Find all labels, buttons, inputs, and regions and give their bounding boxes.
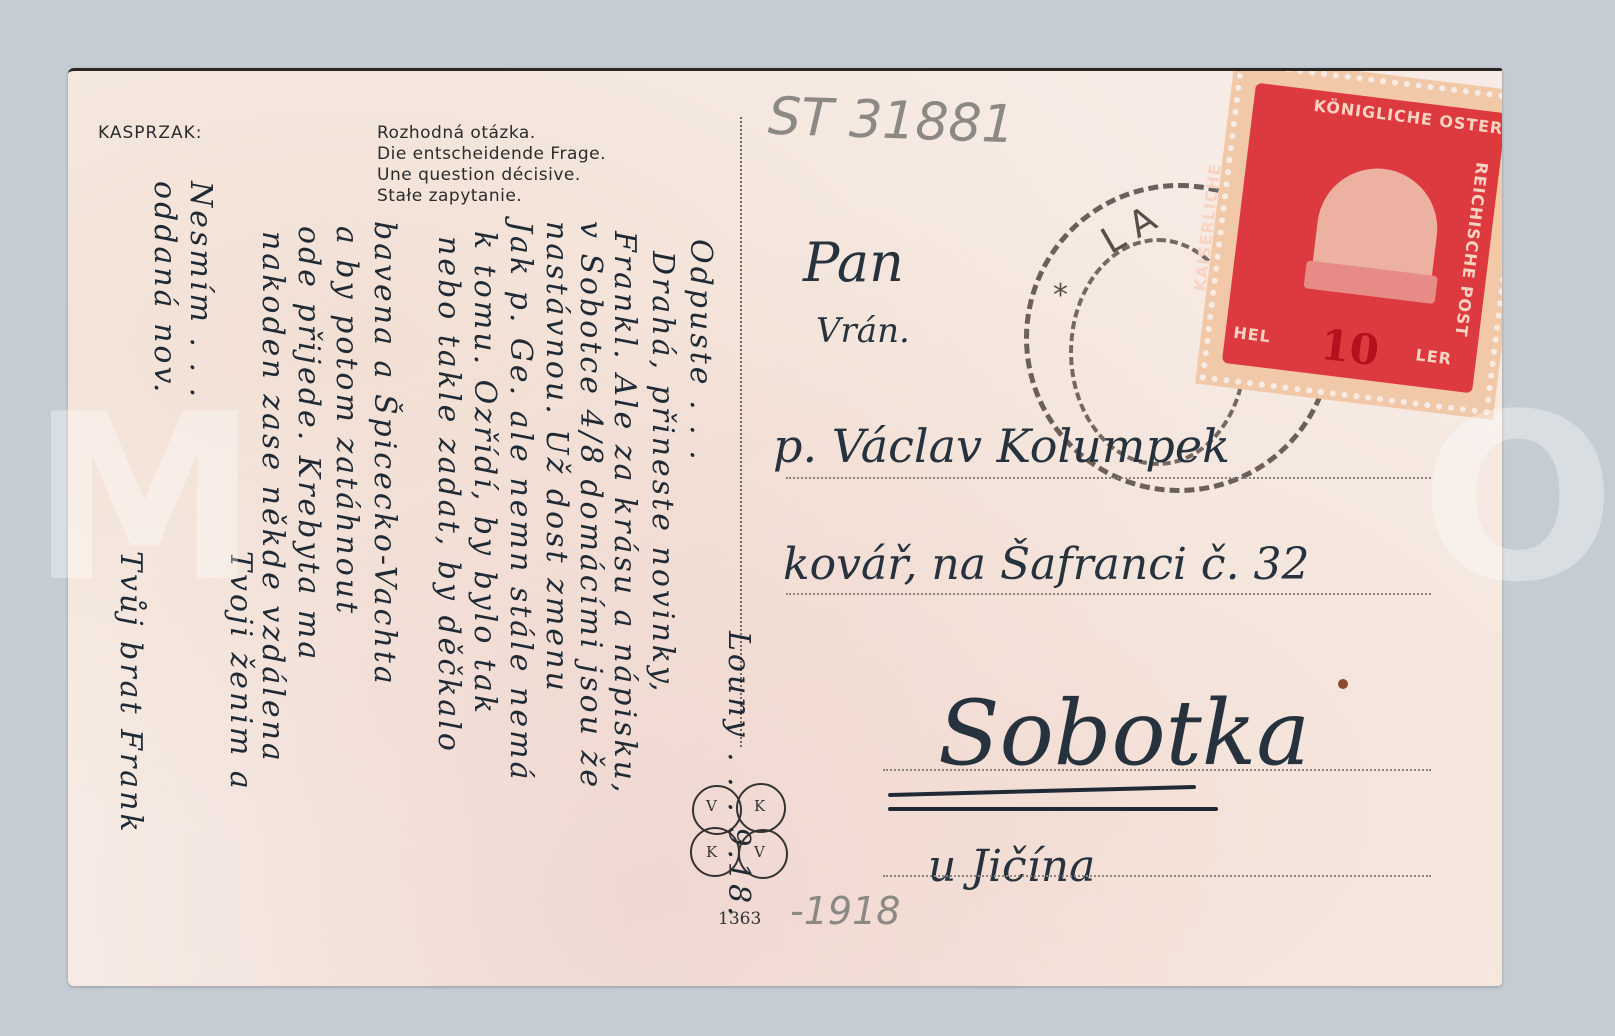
stamp-text-top: KÖNIGLICHE OSTERR	[1313, 96, 1502, 140]
message-column: Drahá, přineste novinky,	[645, 251, 680, 694]
stamp-face: KÖNIGLICHE OSTERR KAISERLICHE REICHISCHE…	[1222, 83, 1502, 394]
address-line-4	[883, 875, 1431, 877]
pencil-date: -1918	[790, 889, 900, 933]
artist-name: KASPRZAK:	[98, 123, 202, 143]
message-column: ode přijede. Krebyta ma	[291, 226, 326, 662]
title-french: Une question décisive.	[377, 165, 606, 186]
message-column: bavena a Špicecko-Vachta	[367, 221, 402, 687]
message-column: Jak p. Ge. ale nemn stále nemá	[503, 221, 538, 782]
message-column: nebo takle zadat, by děčkalo	[431, 236, 466, 754]
clover-letter: K	[754, 797, 765, 815]
address-line-3	[883, 769, 1431, 771]
message-signature: Tvůj brat Frank	[113, 551, 148, 835]
underline-stroke	[888, 785, 1196, 797]
message-column: Tvoji ženim a	[223, 551, 258, 792]
message-column: v Sobotce 4/8 domácími jsou že	[573, 221, 608, 790]
clover-letter: V	[706, 797, 717, 815]
message-column: Odpuste . . .	[683, 239, 718, 463]
message-column: Frankl. Ale za krásu a nápisku,	[607, 231, 642, 796]
message-column: nakoden zase někde vzdálena	[255, 231, 290, 764]
address-title: Vrán.	[816, 311, 910, 351]
stamp-value-suffix: LER	[1415, 345, 1453, 368]
inventory-number: ST 31881	[767, 87, 1016, 156]
message-column: k tomu. Ozřídí, by bylo tak	[467, 231, 502, 716]
stamp-value-prefix: HEL	[1232, 323, 1272, 346]
foxing-spot	[1338, 679, 1348, 689]
message-column: a by potom zatáhnout	[329, 226, 364, 616]
clover-letter: K	[706, 843, 717, 861]
postmark-star-icon: *	[1053, 278, 1068, 313]
address-recipient: p. Václav Kolumpek	[773, 419, 1230, 473]
address-salutation: Pan	[803, 231, 904, 294]
print-number: 1363	[718, 909, 761, 929]
clover-letter: V	[754, 843, 765, 861]
address-line-2	[786, 593, 1431, 595]
title-german: Die entscheidende Frage.	[377, 144, 606, 165]
address-street: kovář, na Šafranci č. 32	[783, 539, 1310, 590]
postcard-back: KASPRZAK: Rozhodná otázka. Die entscheid…	[68, 68, 1502, 986]
stamp-value: 10	[1318, 320, 1382, 376]
message-column: nastávnou. Už dost zmenu	[539, 221, 574, 694]
publisher-clover-icon: V K K V	[688, 779, 788, 879]
title-polish: Stałe zapytanie.	[377, 186, 606, 207]
message-column: oddaná nov.	[147, 181, 182, 395]
title-czech: Rozhodná otázka.	[377, 123, 606, 144]
underline-stroke	[888, 807, 1218, 811]
card-titles: Rozhodná otázka. Die entscheidende Frage…	[377, 123, 606, 207]
address-region: u Jičína	[928, 841, 1095, 892]
stamp-text-right: REICHISCHE POST	[1451, 161, 1491, 338]
postage-stamp: KÖNIGLICHE OSTERR KAISERLICHE REICHISCHE…	[1199, 68, 1502, 416]
message-column: Nesmím . . .	[183, 181, 218, 400]
address-line-1	[786, 477, 1431, 479]
